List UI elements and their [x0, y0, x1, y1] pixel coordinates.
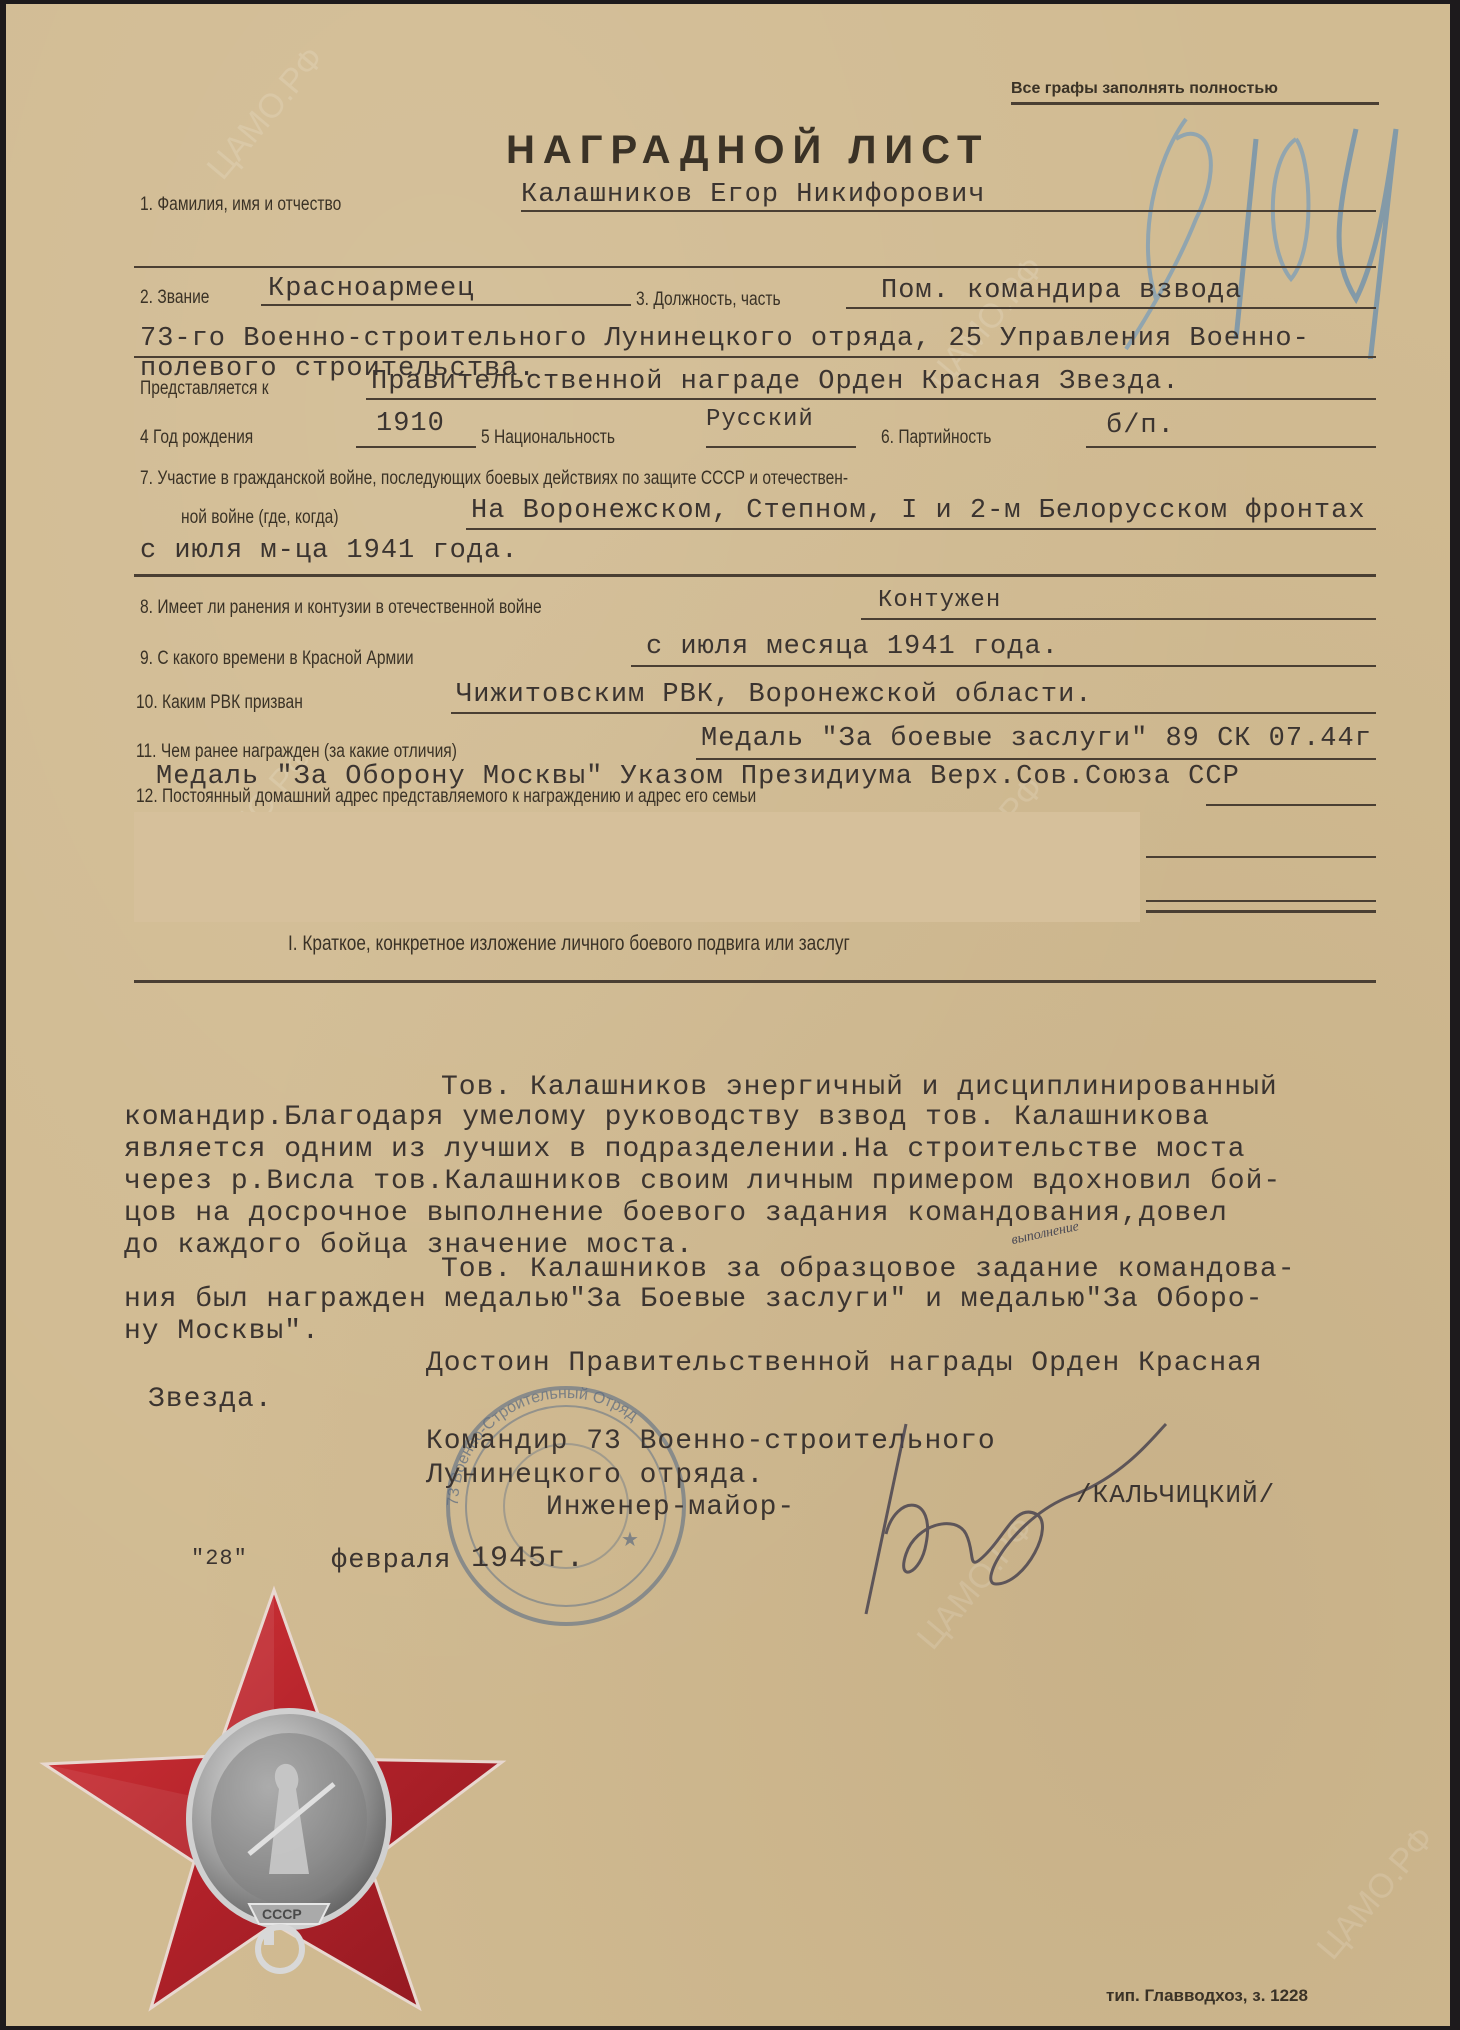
field-7-label-1: 7. Участие в гражданской войне, последую…: [140, 468, 848, 490]
award-line: [366, 398, 1376, 400]
field-5-label: 5 Национальность: [481, 427, 615, 449]
date-day: "28": [191, 1546, 248, 1571]
handwritten-number-icon: [1116, 99, 1416, 359]
field-3-value: Пом. командира взвода: [881, 276, 1242, 306]
field-7-line: [466, 528, 1376, 530]
svg-text:★: ★: [621, 1529, 639, 1551]
watermark: ЦАМО.РФ: [1310, 1820, 1443, 1968]
award-sheet: ЦАМО.РФ ЦАМО.РФ ЦАМО.РФ ЦАМО.РФ ЦАМО.РФ …: [6, 4, 1450, 2026]
section-divider: [134, 980, 1376, 983]
field-4-value: 1910: [376, 409, 445, 439]
field-6-label: 6. Партийность: [881, 427, 991, 449]
narrative-line: через р.Висла тов.Калашников своим личны…: [124, 1166, 1281, 1197]
field-1-label: 1. Фамилия, имя и отчество: [140, 194, 341, 216]
field-7-value-1: На Воронежском, Степном, I и 2-м Белорус…: [471, 496, 1366, 526]
address-line: [1146, 856, 1376, 858]
field-1-line-2: [134, 266, 1376, 268]
field-9-label: 9. С какого времени в Красной Армии: [140, 648, 414, 670]
field-5-value: Русский: [706, 406, 814, 433]
field-10-label: 10. Каким РВК призван: [136, 692, 303, 714]
narrative-line: Тов. Калашников за образцовое задание ко…: [441, 1254, 1296, 1285]
field-1-line: [521, 210, 1376, 212]
signatory-name: /КАЛЬЧИЦКИЙ/: [1076, 1480, 1275, 1510]
field-4-line: [356, 446, 476, 448]
award-label: Представляется к: [140, 378, 269, 400]
date-month: февраля: [331, 1546, 451, 1576]
medal-country: СССР: [262, 1906, 302, 1922]
document-title: НАГРАДНОЙ ЛИСТ: [506, 128, 989, 173]
field-6-line: [1086, 446, 1376, 448]
section-heading: I. Краткое, конкретное изложение личного…: [288, 932, 850, 956]
narrative-line: Звезда.: [148, 1384, 273, 1415]
field-7-label-2: ной войне (где, когда): [181, 507, 339, 529]
field-12-label: 12. Постоянный домашний адрес представля…: [136, 786, 756, 808]
field-11-line: [696, 758, 1376, 760]
field-4-label: 4 Год рождения: [140, 427, 253, 449]
field-10-line: [451, 712, 1376, 714]
field-6-value: б/п.: [1106, 411, 1175, 441]
field-7-line-2: [134, 574, 1376, 577]
address-line: [1146, 900, 1376, 902]
field-11-label: 11. Чем ранее награжден (за какие отличи…: [136, 741, 457, 763]
field-2-value: Красноармеец: [268, 274, 474, 304]
narrative-line: Достоин Правительственной награды Орден …: [426, 1348, 1263, 1379]
field-2-label: 2. Звание: [140, 287, 209, 309]
field-2-line: [261, 304, 631, 306]
printer-imprint: тип. Главводхоз, з. 1228: [1106, 1986, 1308, 2006]
narrative-line: командир.Благодаря умелому руководству в…: [124, 1102, 1210, 1133]
field-8-line: [861, 618, 1376, 620]
field-3-line: [846, 307, 1376, 309]
narrative-line: ния был награжден медалью"За Боевые засл…: [124, 1284, 1263, 1315]
field-3-continuation: 73-го Военно-строительного Лунинецкого о…: [140, 324, 1310, 354]
red-star-order-icon: СССР: [34, 1584, 509, 2014]
field-9-line: [631, 665, 1376, 667]
field-12-line: [1206, 804, 1376, 806]
field-8-value: Контужен: [878, 587, 1001, 614]
signatory-rank: Инженер-майор-: [546, 1492, 795, 1523]
field-8-label: 8. Имеет ли ранения и контузии в отечест…: [140, 597, 542, 619]
date-year: 1945г.: [471, 1542, 585, 1576]
narrative-line: Тов. Калашников энергичный и дисциплинир…: [441, 1072, 1278, 1103]
watermark: ЦАМО.РФ: [200, 40, 333, 188]
fill-instruction: Все графы заполнять полностью: [1011, 80, 1278, 98]
field-9-value: с июля месяца 1941 года.: [646, 632, 1059, 662]
address-line: [1146, 910, 1376, 913]
field-11-value-1: Медаль "За боевые заслуги" 89 СК 07.44г: [701, 724, 1372, 754]
field-7-value-2: с июля м-ца 1941 года.: [140, 536, 518, 566]
field-10-value: Чижитовским РВК, Воронежской области.: [456, 680, 1093, 710]
field-1-value: Калашников Егор Никифорович: [521, 180, 985, 210]
field-3-label: 3. Должность, часть: [636, 289, 781, 311]
redacted-address: [134, 812, 1140, 922]
narrative-line: ну Москвы".: [124, 1316, 320, 1347]
signatory-title-2: Лунинецкого отряда.: [426, 1460, 764, 1491]
field-5-line: [706, 446, 856, 448]
narrative-line: является одним из лучших в подразделении…: [124, 1134, 1246, 1165]
award-value: Правительственной награде Орден Красная …: [371, 367, 1180, 397]
